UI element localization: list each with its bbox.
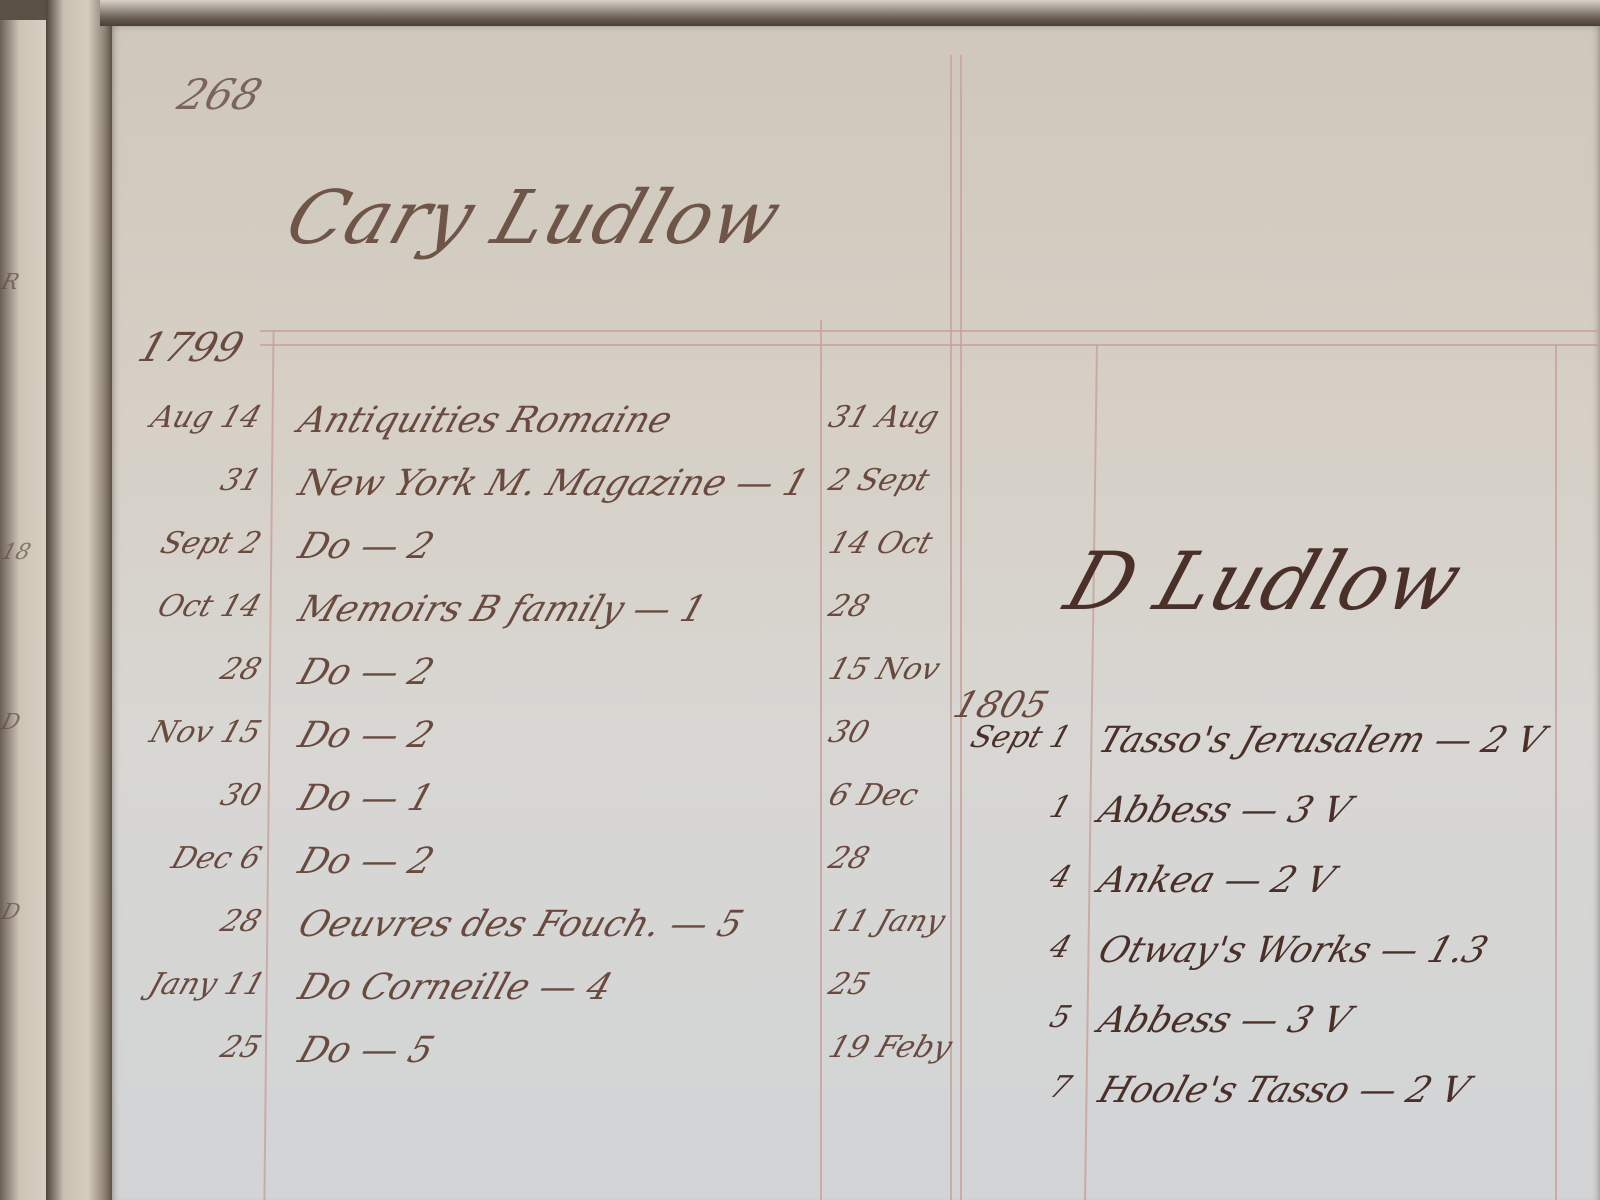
ledger-row: Oct 14 Memoirs B family — 1 28 [0,589,1600,649]
entry-date: 4 [954,930,1075,965]
entry-title: Do — 2 [293,652,439,693]
entry-date: 5 [954,1000,1075,1035]
entry-date: Oct 14 [144,589,265,624]
ledger-row: 4 Ankea — 2 V [0,860,1600,920]
ledger-row: Sept 1 Tasso's Jerusalem — 2 V [0,720,1600,780]
entry-date: Sept 1 [954,720,1075,755]
ledger-row: 28 Do — 2 15 Nov [0,652,1600,712]
ledger-row: 4 Otway's Works — 1.3 [0,930,1600,990]
ledger-row: Sept 2 Do — 2 14 Oct [0,526,1600,586]
entry-date: 4 [954,860,1075,895]
entry-title: Tasso's Jerusalem — 2 V [1093,720,1550,761]
entry-title: Otway's Works — 1.3 [1093,930,1493,971]
entry-date: Sept 2 [144,526,265,561]
entry-title: New York M. Magazine — 1 [293,463,814,504]
header-rule [260,330,1600,332]
prev-page-fragment: R [0,270,49,295]
entry-title: Memoirs B family — 1 [293,589,711,630]
account-holder-name: Cary Ludlow [276,175,792,261]
entry-date: 28 [144,652,265,687]
entry-date: 1 [954,790,1075,825]
page-top-edge [100,0,1600,26]
ledger-row: 5 Abbess — 3 V [0,1000,1600,1060]
entry-title: Abbess — 3 V [1093,790,1356,831]
entry-title: Do — 2 [293,526,439,567]
entry-returned-date: 15 Nov [824,652,944,687]
ledger-row: 7 Hoole's Tasso — 2 V [0,1070,1600,1130]
ledger-row: Aug 14 Antiquities Romaine 31 Aug [0,400,1600,460]
entry-title: Antiquities Romaine [293,400,677,441]
header-rule [260,344,1600,346]
entry-title: Abbess — 3 V [1093,1000,1356,1041]
entry-date: Aug 14 [144,400,265,435]
entry-title: Ankea — 2 V [1093,860,1339,901]
account-year: 1799 [133,325,250,371]
entry-returned-date: 14 Oct [824,526,937,561]
entry-returned-date: 31 Aug [824,400,943,435]
entry-returned-date: 28 [824,589,874,624]
entry-title: Hoole's Tasso — 2 V [1093,1070,1474,1111]
entry-returned-date: 2 Sept [824,463,934,498]
entry-date: 31 [144,463,265,498]
entry-date: 7 [954,1070,1075,1105]
ledger-row: 1 Abbess — 3 V [0,790,1600,850]
ledger-row: 31 New York M. Magazine — 1 2 Sept [0,463,1600,523]
page-number: 268 [172,70,268,119]
